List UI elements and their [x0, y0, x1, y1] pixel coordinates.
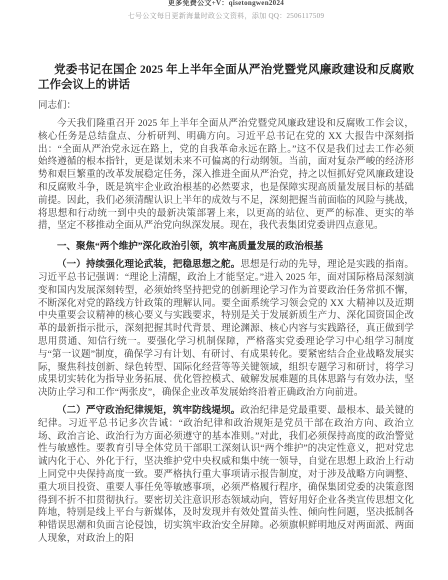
document-page: 更多免费公文+V：qisetongwen2024 七号公文每日更新海量时政公文资… — [0, 0, 448, 580]
paragraph-1-body: 思想是行动的先导，理论是实践的指南。习近平总书记强调：“理论上清醒，政治上才能坚… — [38, 260, 414, 398]
paragraph-2-body: 政治纪律是党最重要、最根本、最关键的纪律。习近平总书记多次告诫：“政治纪律和政治… — [38, 406, 414, 544]
document-title: 党委书记在国企 2025 年上半年全面从严治党暨党风廉政建设和反腐败工作会议上的… — [38, 63, 414, 93]
paragraph-2-lead: （二）严守政治纪律规矩，筑牢防线堤坝。 — [57, 406, 240, 416]
paragraph-1-lead: （一）持续强化理论武装，把稳思想之舵。 — [57, 260, 240, 270]
watermark-line-1: 更多免费公文+V：qisetongwen2024 — [38, 0, 414, 8]
salutation: 同志们： — [38, 100, 414, 113]
paragraph-2: （二）严守政治纪律规矩，筑牢防线堤坝。政治纪律是党最重要、最根本、最关键的纪律。… — [38, 405, 414, 546]
page-header: 更多免费公文+V：qisetongwen2024 七号公文每日更新海量时政公文资… — [38, 0, 414, 21]
intro-paragraph: 今天我们隆重召开 2025 年上半年全面从严治党暨党风廉政建设和反腐败工作会议，… — [38, 118, 414, 233]
section-1-heading: 一、聚焦“两个维护”深化政治引领，筑牢高质量发展的政治根基 — [38, 241, 414, 254]
paragraph-1: （一）持续强化理论武装，把稳思想之舵。思想是行动的先导，理论是实践的指南。习近平… — [38, 259, 414, 400]
watermark-line-2: 七号公文每日更新海量时政公文资料，添加 QQ：2506117509 — [38, 11, 414, 21]
